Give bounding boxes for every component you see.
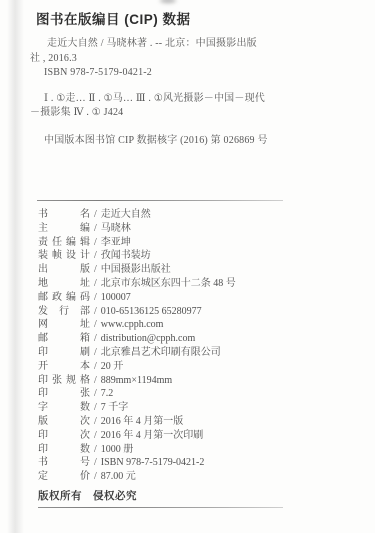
colophon-row-label: 印次 — [38, 429, 90, 443]
colophon-row-label: 邮政编码 — [38, 291, 90, 305]
colophon-row-separator: / — [94, 388, 97, 399]
colophon-row-value: 李亚坤 — [101, 237, 131, 248]
colophon-row: 印张规格/889mm×1194mm — [38, 374, 236, 388]
colophon-row-value: ISBN 978-7-5179-0421-2 — [101, 457, 205, 468]
colophon-row-separator: / — [94, 319, 97, 330]
cip-class-line1: Ⅰ . ①走… Ⅱ . ①马… Ⅲ . ①风光摄影－中国－现代 — [30, 92, 330, 107]
colophon-rows: 书名/走近大自然 主编/马晓林 责任编辑/李亚坤 装帧设计/孜闻书装坊 出版/中… — [38, 208, 236, 484]
colophon-row-separator: / — [94, 333, 97, 344]
colophon-row-label: 邮箱 — [38, 332, 90, 346]
colophon-row-separator: / — [94, 471, 97, 482]
colophon-row-value: 010-65136125 65280977 — [101, 306, 202, 317]
colophon-row-separator: / — [94, 457, 97, 468]
colophon-row-separator: / — [94, 237, 97, 248]
copyright-notice: 版权所有 侵权必究 — [38, 488, 137, 503]
colophon-row-label: 责任编辑 — [38, 236, 90, 250]
colophon-row-label: 开本 — [38, 360, 90, 374]
colophon-row-label: 印数 — [38, 443, 90, 457]
colophon-row-label: 地址 — [38, 277, 90, 291]
colophon-row-label: 版次 — [38, 415, 90, 429]
colophon-row-separator: / — [94, 416, 97, 427]
scanned-copyright-page: 图书在版编目 (CIP) 数据 走近大自然 / 马晓林著 . -- 北京：中国摄… — [0, 0, 375, 533]
colophon-row-value: 1000 册 — [101, 444, 134, 455]
colophon-row-separator: / — [94, 430, 97, 441]
divider-top — [37, 200, 283, 201]
colophon-row: 邮政编码/100007 — [38, 291, 236, 305]
colophon-row: 印次/2016 年 4 月第一次印刷 — [38, 429, 236, 443]
colophon-row-label: 装帧设计 — [38, 249, 90, 263]
colophon-row: 发行部/010-65136125 65280977 — [38, 305, 236, 319]
colophon-row-label: 主编 — [38, 222, 90, 236]
colophon-row-label: 书名 — [38, 208, 90, 222]
colophon-row: 邮箱/distribution@cpph.com — [38, 332, 236, 346]
colophon-row-value: 北京市东城区东四十二条 48 号 — [101, 278, 236, 289]
colophon-row-label: 网址 — [38, 318, 90, 332]
colophon-row: 装帧设计/孜闻书装坊 — [38, 249, 236, 263]
colophon-row-label: 书号 — [38, 456, 90, 470]
colophon-row-label: 发行部 — [38, 305, 90, 319]
colophon-row-label: 印张 — [38, 387, 90, 401]
colophon-row-separator: / — [94, 264, 97, 275]
colophon-row-value: 孜闻书装坊 — [101, 250, 151, 261]
colophon-row-separator: / — [94, 306, 97, 317]
colophon-row-separator: / — [94, 347, 97, 358]
colophon-row: 网址/www.cpph.com — [38, 318, 236, 332]
colophon-row-value: 走近大自然 — [101, 209, 151, 220]
divider-bottom — [38, 507, 283, 508]
scan-smudge — [160, 0, 176, 3]
colophon-row: 书名/走近大自然 — [38, 208, 236, 222]
colophon-row-value: 7.2 — [101, 388, 114, 399]
colophon-row-value: distribution@cpph.com — [101, 333, 195, 344]
colophon-row-separator: / — [94, 278, 97, 289]
colophon-row-separator: / — [94, 444, 97, 455]
colophon-row-separator: / — [94, 361, 97, 372]
cip-isbn-line: ISBN 978-7-5179-0421-2 — [30, 66, 330, 81]
colophon-row-separator: / — [94, 250, 97, 261]
colophon-row-label: 印张规格 — [38, 374, 90, 388]
cip-record-line: 中国版本图书馆 CIP 数据核字 (2016) 第 026869 号 — [30, 134, 330, 149]
colophon-row-label: 印刷 — [38, 346, 90, 360]
cip-data-block: 走近大自然 / 马晓林著 . -- 北京：中国摄影出版 社 , 2016.3 I… — [30, 37, 330, 148]
colophon-row: 责任编辑/李亚坤 — [38, 236, 236, 250]
colophon-row: 版次/2016 年 4 月第一版 — [38, 415, 236, 429]
colophon-row-label: 出版 — [38, 263, 90, 277]
colophon-row: 印数/1000 册 — [38, 443, 236, 457]
colophon-row: 开本/20 开 — [38, 360, 236, 374]
cip-heading: 图书在版编目 (CIP) 数据 — [36, 8, 191, 28]
colophon-row-value: 2016 年 4 月第一次印刷 — [101, 430, 204, 441]
colophon-row-separator: / — [94, 292, 97, 303]
colophon-row-value: 2016 年 4 月第一版 — [101, 416, 184, 427]
colophon-row-value: 中国摄影出版社 — [101, 264, 171, 275]
colophon-row: 出版/中国摄影出版社 — [38, 263, 236, 277]
colophon-row: 主编/马晓林 — [38, 222, 236, 236]
colophon-row: 字数/7 千字 — [38, 401, 236, 415]
colophon-row: 印张/7.2 — [38, 387, 236, 401]
colophon-row-value: 北京雅昌艺术印刷有限公司 — [101, 347, 221, 358]
colophon-row-value: www.cpph.com — [101, 319, 164, 330]
colophon-row-separator: / — [94, 402, 97, 413]
cip-entry-line2: 社 , 2016.3 — [30, 52, 330, 67]
cip-entry-line1: 走近大自然 / 马晓林著 . -- 北京：中国摄影出版 — [30, 37, 330, 52]
colophon-row-value: 87.00 元 — [101, 471, 136, 482]
cip-class-line2: －摄影集 Ⅳ . ① J424 — [30, 106, 330, 121]
book-spine-shadow — [7, 0, 24, 533]
colophon-row-value: 100007 — [101, 292, 131, 303]
colophon-row-value: 889mm×1194mm — [101, 375, 172, 386]
colophon-row-label: 字数 — [38, 401, 90, 415]
colophon-row-value: 7 千字 — [101, 402, 129, 413]
colophon-row: 定价/87.00 元 — [38, 470, 236, 484]
colophon-row: 书号/ISBN 978-7-5179-0421-2 — [38, 456, 236, 470]
colophon-row-label: 定价 — [38, 470, 90, 484]
colophon-row-value: 马晓林 — [101, 223, 131, 234]
colophon-row: 印刷/北京雅昌艺术印刷有限公司 — [38, 346, 236, 360]
colophon-row-separator: / — [94, 223, 97, 234]
colophon-row-value: 20 开 — [101, 361, 124, 372]
colophon-row: 地址/北京市东城区东四十二条 48 号 — [38, 277, 236, 291]
colophon-row-separator: / — [94, 375, 97, 386]
colophon-row-separator: / — [94, 209, 97, 220]
